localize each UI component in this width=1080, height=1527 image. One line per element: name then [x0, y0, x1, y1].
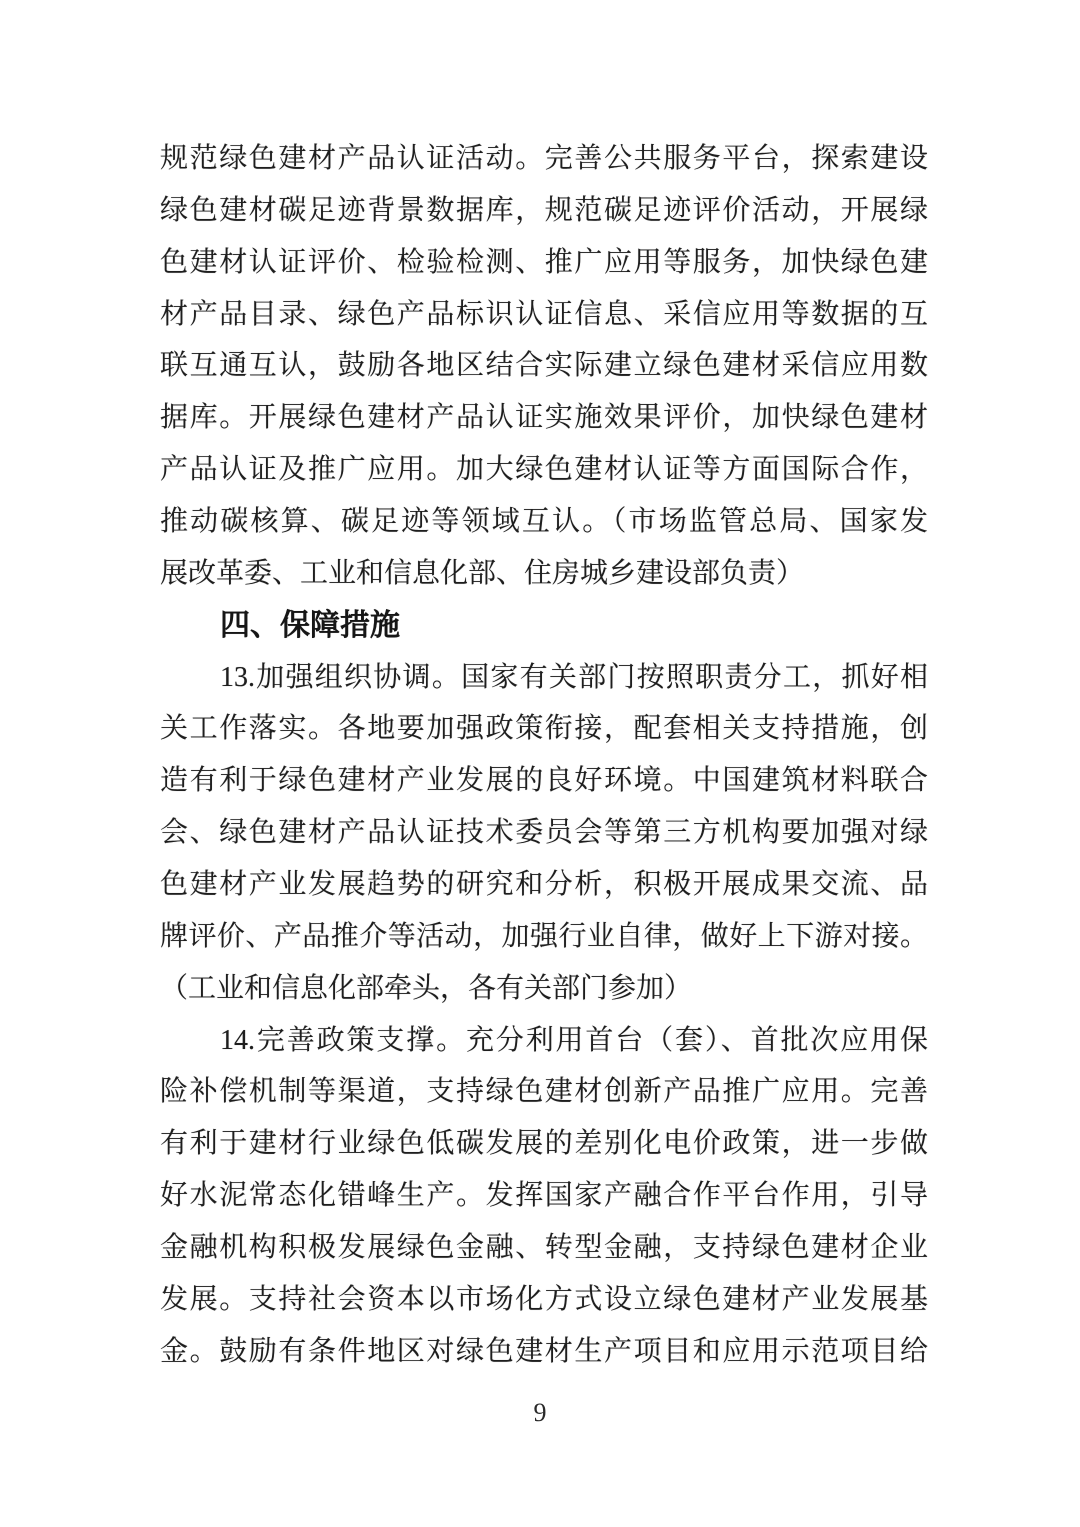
text-line: 推动碳核算、碳足迹等领域互认。（市场监管总局、国家发: [160, 496, 928, 548]
text-line: 14.完善政策支撑。充分利用首台（套）、首批次应用保: [160, 1015, 928, 1067]
text-block: 规范绿色建材产品认证活动。完善公共服务平台，探索建设 绿色建材碳足迹背景数据库，…: [160, 133, 928, 1378]
document-page: 规范绿色建材产品认证活动。完善公共服务平台，探索建设 绿色建材碳足迹背景数据库，…: [0, 0, 1080, 1527]
text-line: 规范绿色建材产品认证活动。完善公共服务平台，探索建设: [160, 133, 928, 185]
text-line: 色建材产业发展趋势的研究和分析，积极开展成果交流、品: [160, 859, 928, 911]
text-line: （工业和信息化部牵头，各有关部门参加）: [160, 963, 928, 1015]
section-heading: 四、保障措施: [160, 600, 928, 652]
text-line: 色建材认证评价、检验检测、推广应用等服务，加快绿色建: [160, 237, 928, 289]
text-line: 金融机构积极发展绿色金融、转型金融，支持绿色建材企业: [160, 1222, 928, 1274]
text-line: 联互通互认，鼓励各地区结合实际建立绿色建材采信应用数: [160, 340, 928, 392]
text-line: 据库。开展绿色建材产品认证实施效果评价，加快绿色建材: [160, 392, 928, 444]
text-line: 关工作落实。各地要加强政策衔接，配套相关支持措施，创: [160, 703, 928, 755]
text-line: 材产品目录、绿色产品标识认证信息、采信应用等数据的互: [160, 289, 928, 341]
text-line: 会、绿色建材产品认证技术委员会等第三方机构要加强对绿: [160, 807, 928, 859]
text-line: 好水泥常态化错峰生产。发挥国家产融合作平台作用，引导: [160, 1170, 928, 1222]
page-number: 9: [0, 1398, 1080, 1428]
text-line: 有利于建材行业绿色低碳发展的差别化电价政策，进一步做: [160, 1118, 928, 1170]
text-line: 13.加强组织协调。国家有关部门按照职责分工，抓好相: [160, 652, 928, 704]
text-line: 发展。支持社会资本以市场化方式设立绿色建材产业发展基: [160, 1274, 928, 1326]
text-line: 险补偿机制等渠道，支持绿色建材创新产品推广应用。完善: [160, 1066, 928, 1118]
text-line: 展改革委、工业和信息化部、住房城乡建设部负责）: [160, 548, 928, 600]
text-line: 金。鼓励有条件地区对绿色建材生产项目和应用示范项目给: [160, 1326, 928, 1378]
text-line: 造有利于绿色建材产业发展的良好环境。中国建筑材料联合: [160, 755, 928, 807]
text-line: 牌评价、产品推介等活动，加强行业自律，做好上下游对接。: [160, 911, 928, 963]
text-line: 产品认证及推广应用。加大绿色建材认证等方面国际合作，: [160, 444, 928, 496]
text-line: 绿色建材碳足迹背景数据库，规范碳足迹评价活动，开展绿: [160, 185, 928, 237]
